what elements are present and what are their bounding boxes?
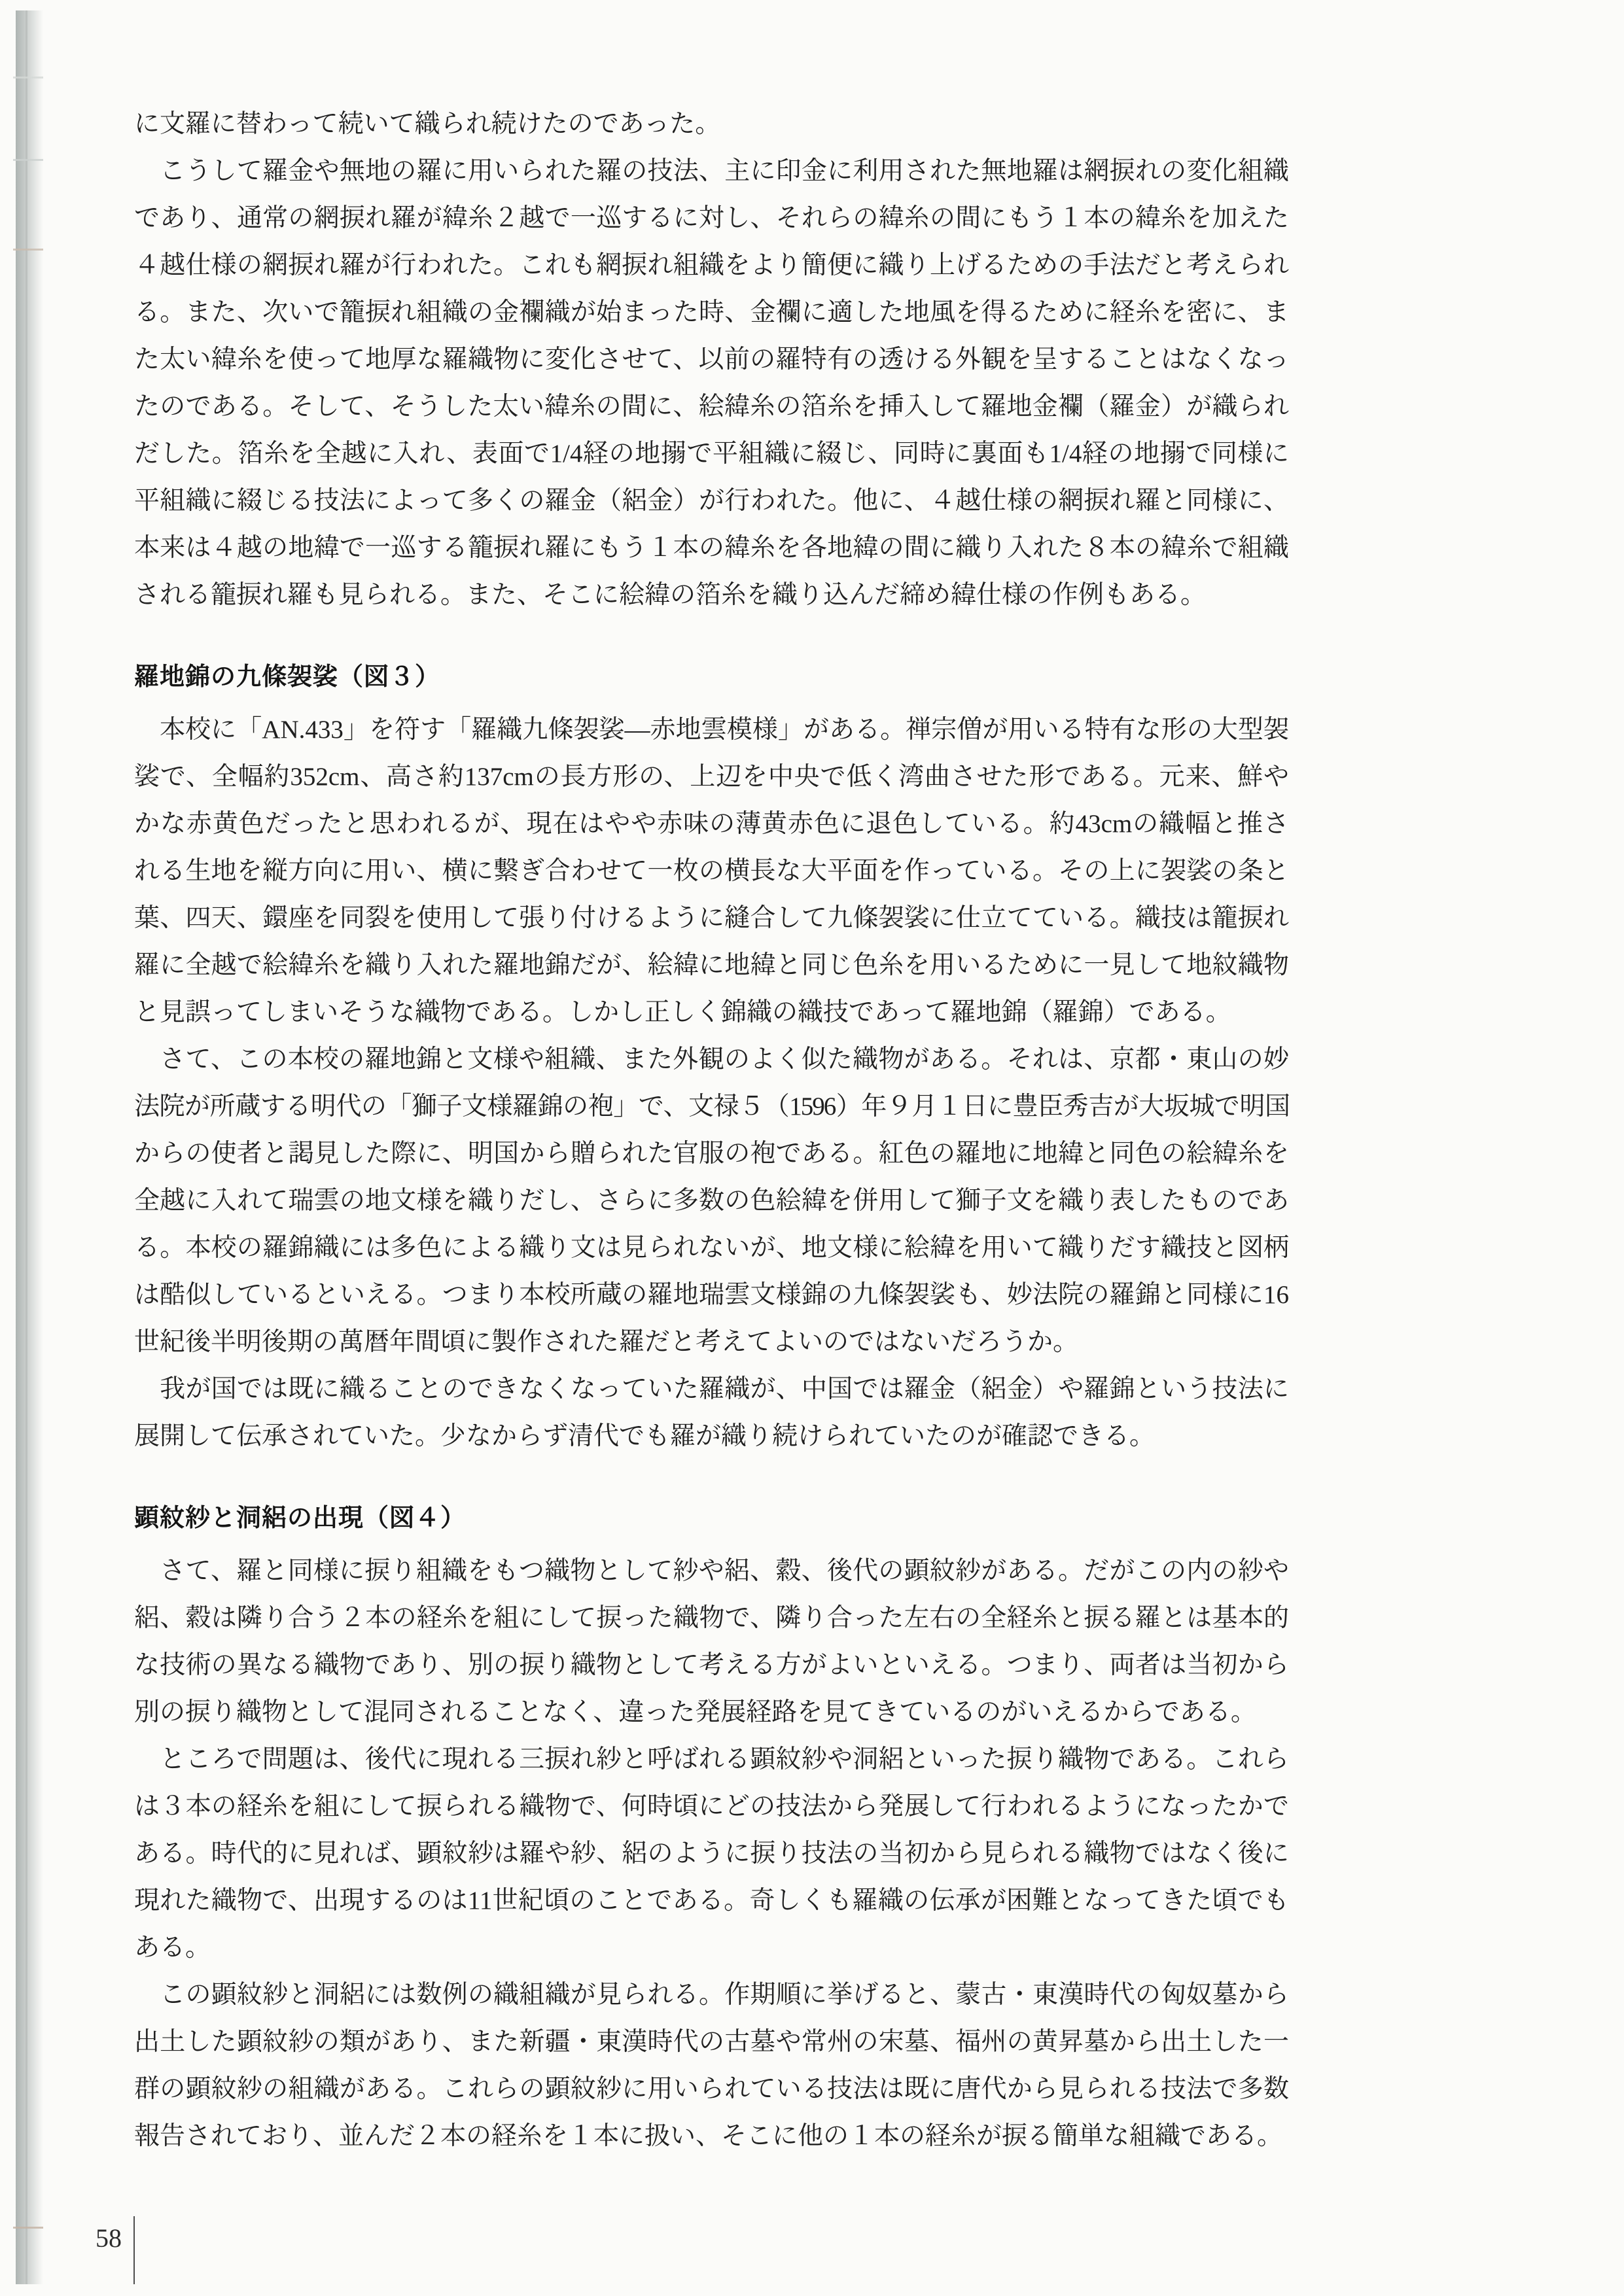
text-line: ある。時代的に見れば、顕紋紗は羅や紗、絽のように捩り技法の当初から見られる織物で… xyxy=(134,1830,1289,1877)
text-line: 現れた織物で、出現するのは11世紀頃のことである。奇しくも羅織の伝承が困難となっ… xyxy=(134,1877,1289,1924)
text-line: ところで問題は、後代に現れる三捩れ紗と呼ばれる顕紋紗や洞絽といった捩り織物である… xyxy=(134,1736,1289,1783)
text-line: 本来は４越の地緯で一巡する籠捩れ羅にもう１本の緯糸を各地緯の間に織り入れた８本の… xyxy=(134,525,1289,572)
text-line: 平組織に綴じる技法によって多くの羅金（絽金）が行われた。他に、４越仕様の網捩れ羅… xyxy=(134,478,1289,525)
text-line: 本校に「AN.433」を符す「羅織九條袈裟―赤地雲模様」がある。禅宗僧が用いる特… xyxy=(134,706,1289,754)
paragraph-block: さて、羅と同様に捩り組織をもつ織物として紗や絽、縠、後代の顕紋紗がある。だがこの… xyxy=(134,1548,1289,2160)
text-line: ある。 xyxy=(134,1924,1289,1972)
text-line: からの使者と謁見した際に、明国から贈られた官服の袍である。紅色の羅地に地緯と同色… xyxy=(134,1130,1289,1177)
text-line: ４越仕様の網捩れ羅が行われた。これも網捩れ組織をより簡便に織り上げるための手法だ… xyxy=(134,242,1289,289)
text-line: される籠捩れ羅も見られる。また、そこに絵緯の箔糸を織り込んだ締め緯仕様の作例もあ… xyxy=(134,572,1289,619)
text-line: 裟で、全幅約352cm、高さ約137cmの長方形の、上辺を中央で低く湾曲させた形… xyxy=(134,754,1289,801)
text-line: 群の顕紋紗の組織がある。これらの顕紋紗に用いられている技法は既に唐代から見られる… xyxy=(134,2066,1289,2113)
text-line: かな赤黄色だったと思われるが、現在はやや赤味の薄黄赤色に退色している。約43cm… xyxy=(134,801,1289,848)
page-number-rule xyxy=(133,2216,135,2284)
text-line: 世紀後半明後期の萬暦年間頃に製作された羅だと考えてよいのではないだろうか。 xyxy=(134,1319,1289,1366)
scan-artifact-mark xyxy=(13,77,43,78)
text-line: さて、この本校の羅地錦と文様や組織、また外観のよく似た織物がある。それは、京都・… xyxy=(134,1036,1289,1083)
text-line: たのである。そして、そうした太い緯糸の間に、絵緯糸の箔糸を挿入して羅地金襴（羅金… xyxy=(134,383,1289,430)
text-line: た太い緯糸を使って地厚な羅織物に変化させて、以前の羅特有の透ける外観を呈すること… xyxy=(134,336,1289,383)
text-line: 羅に全越で絵緯糸を織り入れた羅地錦だが、絵緯に地緯と同じ色糸を用いるために一見し… xyxy=(134,942,1289,989)
scan-gutter-line xyxy=(26,10,27,2284)
text-line: さて、羅と同様に捩り組織をもつ織物として紗や絽、縠、後代の顕紋紗がある。だがこの… xyxy=(134,1548,1289,1595)
document-page: に文羅に替わって続いて織られ続けたのであった。 こうして羅金や無地の羅に用いられ… xyxy=(0,0,1624,2296)
text-line: この顕紋紗と洞絽には数例の織組織が見られる。作期順に挙げると、蒙古・東漢時代の匈… xyxy=(134,1972,1289,2019)
text-line: であり、通常の網捩れ羅が緯糸２越で一巡するに対し、それらの緯糸の間にもう１本の緯… xyxy=(134,195,1289,242)
text-line: 葉、四天、鐶座を同裂を使用して張り付けるように縫合して九條袈裟に仕立てている。織… xyxy=(134,895,1289,942)
text-line: れる生地を縦方向に用い、横に繋ぎ合わせて一枚の横長な大平面を作っている。その上に… xyxy=(134,848,1289,895)
text-line: は３本の経糸を組にして捩られる織物で、何時頃にどの技法から発展して行われるように… xyxy=(134,1783,1289,1830)
text-line: だした。箔糸を全越に入れ、表面で1/4経の地搦で平組織に綴じ、同時に裏面も1/4… xyxy=(134,430,1289,478)
article-column: に文羅に替わって続いて織られ続けたのであった。 こうして羅金や無地の羅に用いられ… xyxy=(134,101,1289,2160)
scan-artifact-mark xyxy=(13,2227,43,2229)
paragraph-block: 本校に「AN.433」を符す「羅織九條袈裟―赤地雲模様」がある。禅宗僧が用いる特… xyxy=(134,706,1289,1460)
text-line: 出土した顕紋紗の類があり、また新疆・東漢時代の古墓や常州の宋墓、福州の黄昇墓から… xyxy=(134,2019,1289,2066)
scan-artifact-mark xyxy=(13,249,43,251)
text-line: に文羅に替わって続いて織られ続けたのであった。 xyxy=(134,101,1289,148)
section-heading: 羅地錦の九條袈裟（図３） xyxy=(134,662,1289,692)
paragraph-block: に文羅に替わって続いて織られ続けたのであった。 こうして羅金や無地の羅に用いられ… xyxy=(134,101,1289,619)
text-line: こうして羅金や無地の羅に用いられた羅の技法、主に印金に利用された無地羅は網捩れの… xyxy=(134,148,1289,195)
text-line: 我が国では既に織ることのできなくなっていた羅織が、中国では羅金（絽金）や羅錦とい… xyxy=(134,1366,1289,1413)
text-line: る。また、次いで籠捩れ組織の金襴織が始まった時、金襴に適した地風を得るために経糸… xyxy=(134,289,1289,336)
text-line: 展開して伝承されていた。少なからず清代でも羅が織り続けられていたのが確認できる。 xyxy=(134,1413,1289,1460)
text-line: 絽、縠は隣り合う２本の経糸を組にして捩った織物で、隣り合った左右の全経糸と捩る羅… xyxy=(134,1595,1289,1642)
text-line: な技術の異なる織物であり、別の捩り織物として考える方がよいといえる。つまり、両者… xyxy=(134,1642,1289,1689)
page-number: 58 xyxy=(90,2223,127,2254)
text-line: 全越に入れて瑞雲の地文様を織りだし、さらに多数の色絵緯を併用して獅子文を織り表し… xyxy=(134,1177,1289,1225)
text-line: る。本校の羅錦織には多色による織り文は見られないが、地文様に絵緯を用いて織りだす… xyxy=(134,1225,1289,1272)
text-line: は酷似しているといえる。つまり本校所蔵の羅地瑞雲文様錦の九條袈裟も、妙法院の羅錦… xyxy=(134,1272,1289,1319)
text-line: 法院が所蔵する明代の「獅子文様羅錦の袍」で、文禄５（1596）年９月１日に豊臣秀… xyxy=(134,1083,1289,1130)
text-line: と見誤ってしまいそうな織物である。しかし正しく錦織の織技であって羅地錦（羅錦）で… xyxy=(134,989,1289,1036)
text-line: 報告されており、並んだ２本の経糸を１本に扱い、そこに他の１本の経糸が捩る簡単な組… xyxy=(134,2113,1289,2160)
text-line: 別の捩り織物として混同されることなく、違った発展経路を見てきているのがいえるから… xyxy=(134,1689,1289,1736)
scan-artifact-mark xyxy=(13,159,43,161)
scan-gutter-shadow xyxy=(16,10,43,2284)
section-heading: 顕紋紗と洞絽の出現（図４） xyxy=(134,1503,1289,1533)
